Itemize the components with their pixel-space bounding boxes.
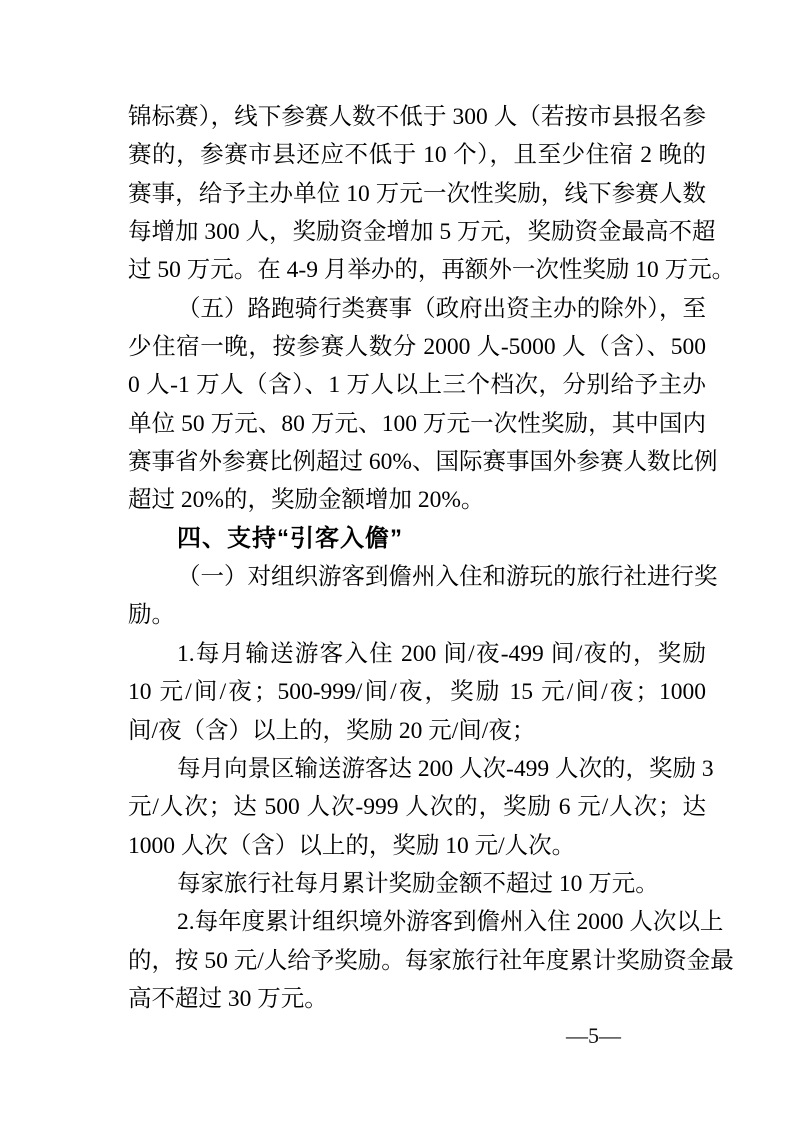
text-line: （五）路跑骑行类赛事（政府出资主办的除外），至 — [128, 290, 706, 328]
document-page: 锦标赛），线下参赛人数不低于 300 人（若按市县报名参赛的，参赛市县还应不低于… — [0, 0, 800, 1131]
text-line: 1.每月输送游客入住 200 间/夜-499 间/夜的，奖励 — [128, 635, 706, 673]
section-heading: 四、支持“引客入儋” — [128, 520, 706, 558]
text-line: 每家旅行社每月累计奖励金额不超过 10 万元。 — [128, 865, 706, 903]
text-line: （一）对组织游客到儋州入住和游玩的旅行社进行奖 — [128, 558, 706, 596]
text-line: 过 50 万元。在 4-9 月举办的，再额外一次性奖励 10 万元。 — [128, 251, 706, 289]
document-body: 锦标赛），线下参赛人数不低于 300 人（若按市县报名参赛的，参赛市县还应不低于… — [128, 98, 706, 1018]
text-line: 元/人次；达 500 人次-999 人次的，奖励 6 元/人次；达 — [128, 788, 706, 826]
text-line: 赛的，参赛市县还应不低于 10 个），且至少住宿 2 晚的 — [128, 136, 706, 174]
text-line: 10 元/间/夜；500-999/间/夜，奖励 15 元/间/夜；1000 — [128, 673, 706, 711]
page-number: —5— — [566, 1022, 621, 1050]
text-line: 的，按 50 元/人给予奖励。每家旅行社年度累计奖励资金最 — [128, 942, 706, 980]
text-line: 励。 — [128, 596, 706, 634]
text-line: 间/夜（含）以上的，奖励 20 元/间/夜； — [128, 712, 706, 750]
text-line: 锦标赛），线下参赛人数不低于 300 人（若按市县报名参 — [128, 98, 706, 136]
text-line: 赛事省外参赛比例超过 60%、国际赛事国外参赛人数比例 — [128, 443, 706, 481]
text-line: 超过 20%的，奖励金额增加 20%。 — [128, 481, 706, 519]
text-line: 单位 50 万元、80 万元、100 万元一次性奖励，其中国内 — [128, 405, 706, 443]
text-line: 少住宿一晚，按参赛人数分 2000 人-5000 人（含）、500 — [128, 328, 706, 366]
text-line: 每月向景区输送游客达 200 人次-499 人次的，奖励 3 — [128, 750, 706, 788]
text-line: 2.每年度累计组织境外游客到儋州入住 2000 人次以上 — [128, 903, 706, 941]
text-line: 高不超过 30 万元。 — [128, 980, 706, 1018]
text-line: 1000 人次（含）以上的，奖励 10 元/人次。 — [128, 827, 706, 865]
text-line: 每增加 300 人，奖励资金增加 5 万元，奖励资金最高不超 — [128, 213, 706, 251]
text-line: 0 人-1 万人（含）、1 万人以上三个档次，分别给予主办 — [128, 366, 706, 404]
text-line: 赛事，给予主办单位 10 万元一次性奖励，线下参赛人数 — [128, 175, 706, 213]
